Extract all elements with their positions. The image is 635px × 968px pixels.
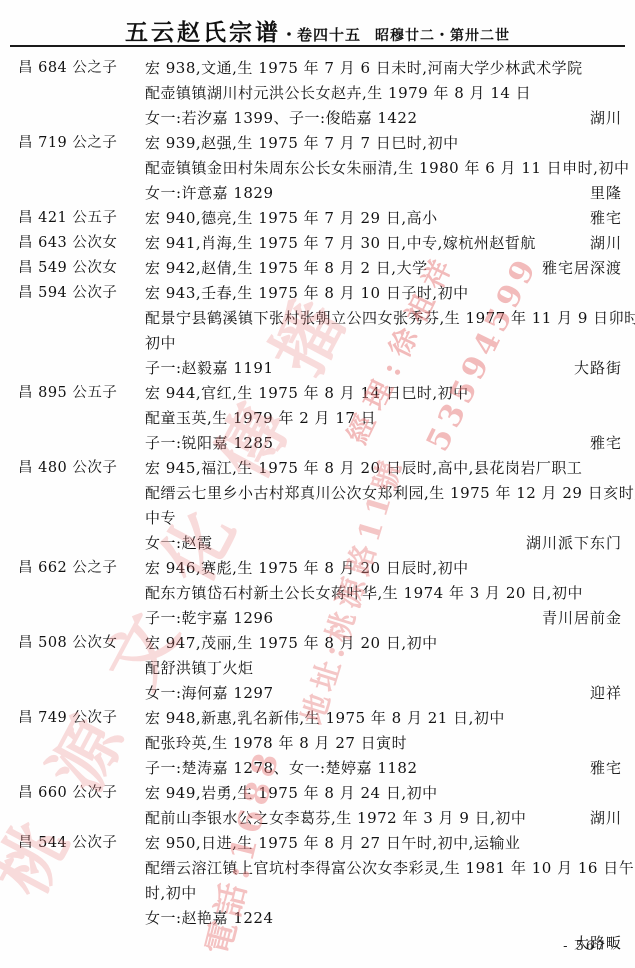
entry-row: 女一:若汐嘉 1399、子一:俊皓嘉 1422湖川: [0, 106, 635, 131]
entry-text: 女一:赵艳嘉 1224: [145, 906, 274, 931]
entry-parent-label: 昌 660 公次子: [18, 781, 117, 806]
entry-text: 配壶镇镇湖川村元洪公长女赵卉,生 1979 年 8 月 14 日: [145, 81, 531, 106]
entry-row: 昌 508 公次女宏 947,茂丽,生 1975 年 8 月 20 日,初中: [0, 631, 635, 656]
entry-text: 女一:许意嘉 1829: [145, 181, 274, 206]
entry-row: 昌 421 公五子宏 940,德亮,生 1975 年 7 月 29 日,高小雅宅: [0, 206, 635, 231]
entry-text: 宏 948,新惠,乳名新伟,生 1975 年 8 月 21 日,初中: [145, 706, 505, 731]
entry-row: 昌 643 公次女宏 941,肖海,生 1975 年 7 月 30 日,中专,嫁…: [0, 231, 635, 256]
entry-text: 宏 946,赛彪,生 1975 年 8 月 20 日辰时,初中: [145, 556, 469, 581]
entry-text: 宏 938,文通,生 1975 年 7 月 6 日未时,河南大学少林武术学院: [145, 56, 583, 81]
title-separator: ・: [281, 25, 297, 44]
entry-row: 子一:乾宇嘉 1296青川居前金: [0, 606, 635, 631]
entry-row: 子一:赵毅嘉 1191大路街: [0, 356, 635, 381]
entry-text: 配缙云七里乡小古村郑真川公次女郑利园,生 1975 年 12 月 29 日亥时,: [145, 481, 635, 506]
entry-row: 昌 549 公次女宏 942,赵倩,生 1975 年 8 月 2 日,大学雅宅居…: [0, 256, 635, 281]
entry-parent-label: 昌 749 公次子: [18, 706, 117, 731]
entry-row: 昌 684 公之子宏 938,文通,生 1975 年 7 月 6 日未时,河南大…: [0, 56, 635, 81]
entry-parent-label: 昌 662 公之子: [18, 556, 117, 581]
entry-parent-label: 昌 684 公之子: [18, 56, 117, 81]
entry-text: 时,初中: [145, 881, 197, 906]
residence-place: 湖川派下东门: [526, 531, 622, 556]
entry-row: 初中: [0, 331, 635, 356]
entry-text: 配壶镇镇金田村朱周东公长女朱丽清,生 1980 年 6 月 11 日申时,初中: [145, 156, 629, 181]
residence-place: 湖川: [590, 231, 622, 256]
residence-place: 雅宅: [590, 431, 622, 456]
entry-row: 配景宁县鹤溪镇下张村张朝立公四女张秀芬,生 1977 年 11 月 9 日卯时,: [0, 306, 635, 331]
entry-parent-label: 昌 549 公次女: [18, 256, 117, 281]
entries-list: 昌 684 公之子宏 938,文通,生 1975 年 7 月 6 日未时,河南大…: [0, 56, 635, 956]
entry-text: 初中: [145, 331, 176, 356]
entry-text: 宏 942,赵倩,生 1975 年 8 月 2 日,大学: [145, 256, 428, 281]
entry-text: 宏 945,福江,生 1975 年 8 月 20 日辰时,高中,县花岗岩厂职工: [145, 456, 582, 481]
entry-row: 女一:海何嘉 1297迎祥: [0, 681, 635, 706]
entry-text: 宏 950,日进,生 1975 年 8 月 27 日午时,初中,运输业: [145, 831, 520, 856]
entry-text: 配前山李银水公之女李葛芬,生 1972 年 3 月 9 日,初中: [145, 806, 526, 831]
entry-row: 昌 480 公次子宏 945,福江,生 1975 年 8 月 20 日辰时,高中…: [0, 456, 635, 481]
entry-row: 昌 662 公之子宏 946,赛彪,生 1975 年 8 月 20 日辰时,初中: [0, 556, 635, 581]
entry-text: 宏 939,赵强,生 1975 年 7 月 7 日巳时,初中: [145, 131, 459, 156]
entry-row: 昌 660 公次子宏 949,岩勇,生 1975 年 8 月 24 日,初中: [0, 781, 635, 806]
entry-text: 子一:赵毅嘉 1191: [145, 356, 274, 381]
entry-row: 配缙云溶江镇上官坑村李得富公次女李彩灵,生 1981 年 10 月 16 日午: [0, 856, 635, 881]
entry-text: 女一:海何嘉 1297: [145, 681, 274, 706]
entry-text: 配东方镇岱石村新土公长女蒋叶华,生 1974 年 3 月 20 日,初中: [145, 581, 583, 606]
entry-parent-label: 昌 480 公次子: [18, 456, 117, 481]
residence-place: 湖川: [590, 106, 622, 131]
entry-row: 昌 749 公次子宏 948,新惠,乳名新伟,生 1975 年 8 月 21 日…: [0, 706, 635, 731]
residence-place: 迎祥: [590, 681, 622, 706]
entry-row: 配东方镇岱石村新土公长女蒋叶华,生 1974 年 3 月 20 日,初中: [0, 581, 635, 606]
genealogy-page: 五云赵氏宗谱・卷四十五昭穆廿二・第卅二世 昌 684 公之子宏 938,文通,生…: [0, 0, 635, 968]
entry-row: 女一:许意嘉 1829里隆: [0, 181, 635, 206]
entry-parent-label: 昌 895 公五子: [18, 381, 117, 406]
residence-place: 雅宅: [590, 206, 622, 231]
entry-row: 配缙云七里乡小古村郑真川公次女郑利园,生 1975 年 12 月 29 日亥时,: [0, 481, 635, 506]
entry-text: 宏 943,壬春,生 1975 年 8 月 10 日子时,初中: [145, 281, 469, 306]
entry-text: 子一:锐阳嘉 1285: [145, 431, 274, 456]
residence-place: 雅宅居深渡: [542, 256, 622, 281]
entry-parent-label: 昌 719 公之子: [18, 131, 117, 156]
entry-row: 女一:赵艳嘉 1224: [0, 906, 635, 931]
entry-row: 子一:楚涛嘉 1278、女一:楚婷嘉 1182雅宅: [0, 756, 635, 781]
entry-parent-label: 昌 643 公次女: [18, 231, 117, 256]
entry-text: 女一:赵霞: [145, 531, 213, 556]
entry-text: 子一:乾宇嘉 1296: [145, 606, 274, 631]
generation-label: 昭穆廿二・第卅二世: [375, 28, 510, 44]
entry-parent-label: 昌 544 公次子: [18, 831, 117, 856]
page-header: 五云赵氏宗谱・卷四十五昭穆廿二・第卅二世: [0, 14, 635, 47]
entry-text: 配缙云溶江镇上官坑村李得富公次女李彩灵,生 1981 年 10 月 16 日午: [145, 856, 634, 881]
entry-parent-label: 昌 421 公五子: [18, 206, 117, 231]
entry-row: 昌 594 公次子宏 943,壬春,生 1975 年 8 月 10 日子时,初中: [0, 281, 635, 306]
entry-row: 大路畈: [0, 931, 635, 956]
residence-place: 大路畈: [574, 931, 622, 956]
entry-row: 昌 719 公之子宏 939,赵强,生 1975 年 7 月 7 日巳时,初中: [0, 131, 635, 156]
entry-row: 配壶镇镇湖川村元洪公长女赵卉,生 1979 年 8 月 14 日: [0, 81, 635, 106]
volume-label: 卷四十五: [297, 26, 361, 44]
entry-parent-label: 昌 508 公次女: [18, 631, 117, 656]
entry-text: 配景宁县鹤溪镇下张村张朝立公四女张秀芬,生 1977 年 11 月 9 日卯时,: [145, 306, 635, 331]
entry-row: 昌 544 公次子宏 950,日进,生 1975 年 8 月 27 日午时,初中…: [0, 831, 635, 856]
entry-text: 配舒洪镇丁火炬: [145, 656, 254, 681]
entry-text: 子一:楚涛嘉 1278、女一:楚婷嘉 1182: [145, 756, 418, 781]
entry-row: 配前山李银水公之女李葛芬,生 1972 年 3 月 9 日,初中湖川: [0, 806, 635, 831]
header-rule: [10, 45, 625, 47]
entry-text: 宏 949,岩勇,生 1975 年 8 月 24 日,初中: [145, 781, 438, 806]
entry-text: 配童玉英,生 1979 年 2 月 17 日: [145, 406, 376, 431]
entry-text: 中专: [145, 506, 176, 531]
entry-row: 子一:锐阳嘉 1285雅宅: [0, 431, 635, 456]
entry-row: 配壶镇镇金田村朱周东公长女朱丽清,生 1980 年 6 月 11 日申时,初中: [0, 156, 635, 181]
entry-text: 配张玲英,生 1978 年 8 月 27 日寅时: [145, 731, 407, 756]
residence-place: 湖川: [590, 806, 622, 831]
residence-place: 青川居前金: [542, 606, 622, 631]
entry-row: 配张玲英,生 1978 年 8 月 27 日寅时: [0, 731, 635, 756]
entry-row: 昌 895 公五子宏 944,官红,生 1975 年 8 月 14 日巳时,初中: [0, 381, 635, 406]
entry-text: 宏 941,肖海,生 1975 年 7 月 30 日,中专,嫁杭州赵晢航: [145, 231, 536, 256]
book-title: 五云赵氏宗谱: [125, 19, 281, 46]
residence-place: 大路街: [574, 356, 622, 381]
entry-parent-label: 昌 594 公次子: [18, 281, 117, 306]
entry-text: 女一:若汐嘉 1399、子一:俊皓嘉 1422: [145, 106, 418, 131]
entry-text: 宏 944,官红,生 1975 年 8 月 14 日巳时,初中: [145, 381, 469, 406]
entry-text: 宏 947,茂丽,生 1975 年 8 月 20 日,初中: [145, 631, 438, 656]
residence-place: 雅宅: [590, 756, 622, 781]
entry-row: 时,初中: [0, 881, 635, 906]
entry-row: 中专: [0, 506, 635, 531]
residence-place: 里隆: [590, 181, 622, 206]
entry-row: 配童玉英,生 1979 年 2 月 17 日: [0, 406, 635, 431]
entry-row: 配舒洪镇丁火炬: [0, 656, 635, 681]
entry-text: 宏 940,德亮,生 1975 年 7 月 29 日,高小: [145, 206, 438, 231]
entry-row: 女一:赵霞湖川派下东门: [0, 531, 635, 556]
